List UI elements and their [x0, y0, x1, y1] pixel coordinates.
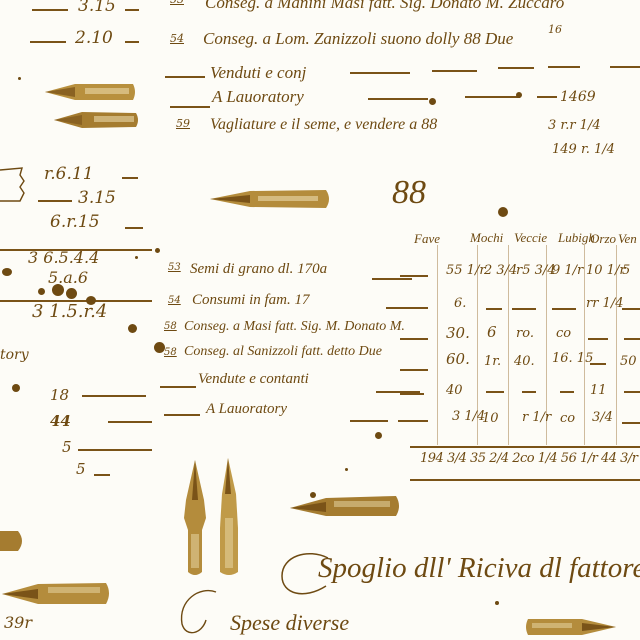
- pen-nib-icon: [0, 528, 26, 554]
- table-cell: r5 3/4: [516, 264, 556, 277]
- table-header: Mochi: [470, 231, 503, 244]
- left-number: 2.10: [75, 30, 113, 47]
- ink-blot: [12, 384, 20, 392]
- ink-dot: [135, 256, 138, 259]
- table-cell: co: [560, 412, 575, 425]
- table-cell: 40: [446, 384, 463, 397]
- amount: 3 r.r 1/4: [548, 119, 601, 132]
- left-word: tory: [0, 348, 29, 362]
- table-header: Fave: [414, 232, 440, 245]
- ledger-entry: Semi di grano dl. 170a: [190, 262, 327, 277]
- table-cell: 5: [622, 264, 630, 277]
- table-header: Orzo: [590, 232, 616, 245]
- rule: [624, 391, 640, 393]
- rule: [165, 76, 205, 78]
- table-cell: r 1/r: [522, 411, 551, 424]
- rule: [170, 106, 210, 108]
- table-total: 194 3/4 35 2/4 2co 1/4 56 1/r 44 3/r 55: [420, 452, 640, 465]
- table-cell: 6: [487, 325, 497, 340]
- ledger-entry: Conseg. a Manini Masi fatt. Sig. Donato …: [205, 0, 564, 11]
- left-number: 3 6.5.4.4: [28, 250, 99, 266]
- table-cell: 3/4: [592, 411, 613, 424]
- rule: [372, 278, 412, 280]
- ledger-entry: Venduti e conj: [210, 64, 306, 81]
- rule: [548, 66, 580, 68]
- rule: [610, 66, 640, 68]
- rule: [400, 275, 428, 277]
- ink-blot: [52, 284, 64, 296]
- rule: [410, 479, 640, 481]
- column-rule: [584, 245, 585, 445]
- table-cell: 10: [482, 412, 499, 425]
- rule: [400, 369, 428, 371]
- rule: [410, 446, 640, 448]
- amount: 16: [548, 24, 562, 35]
- rule: [552, 308, 576, 310]
- entry-number: 58: [164, 348, 177, 358]
- left-number: 5.a.6: [48, 270, 88, 286]
- left-number: 3.15: [78, 190, 116, 207]
- ink-blot: [66, 288, 77, 299]
- rule: [125, 9, 139, 11]
- pen-nib-icon: [54, 110, 140, 130]
- table-cell: 30.: [446, 326, 470, 341]
- rule: [560, 391, 574, 393]
- left-number: 6.r.15: [50, 214, 100, 231]
- table-cell: 16. 15: [552, 352, 593, 365]
- rule: [125, 41, 139, 43]
- pen-nib-icon: [214, 458, 244, 578]
- rule: [125, 227, 143, 229]
- table-header: Ven: [618, 232, 637, 245]
- table-cell: co: [556, 327, 571, 340]
- ink-blot: [155, 248, 160, 253]
- ink-blot: [2, 268, 12, 276]
- table-cell: 6.: [454, 297, 466, 310]
- entry-number: 58: [164, 322, 177, 332]
- table-cell: 2 3/4: [484, 264, 517, 277]
- left-number: 39r: [4, 615, 32, 631]
- rule: [350, 420, 388, 422]
- table-cell: rr 1/4: [586, 297, 623, 310]
- rule: [30, 41, 66, 43]
- pen-nib-icon: [524, 616, 616, 638]
- rule: [32, 9, 68, 11]
- rule: [588, 338, 608, 340]
- rule: [400, 393, 424, 395]
- pen-nib-icon: [2, 580, 112, 606]
- rule: [622, 422, 640, 424]
- entry-number: 54: [170, 33, 184, 44]
- ledger-entry: Conseg. al Sanizzoli fatt. detto Due: [184, 345, 382, 359]
- table-cell: 1r.: [484, 355, 501, 368]
- ledger-entry: Consumi in fam. 17: [192, 293, 310, 308]
- left-number: 3.15: [78, 0, 116, 15]
- ink-blot: [38, 288, 45, 295]
- rule: [38, 200, 72, 202]
- flourish-symbol: 88: [392, 176, 426, 210]
- table-cell: 60.: [446, 352, 470, 367]
- entry-number: 59: [176, 118, 190, 129]
- left-number: 5: [76, 462, 86, 477]
- table-cell: 3 1/4: [452, 410, 485, 423]
- rule: [400, 420, 428, 422]
- rule: [164, 414, 200, 416]
- left-number: 44: [50, 414, 71, 429]
- ink-dot: [495, 601, 499, 605]
- ledger-entry: A Lauoratory: [206, 402, 287, 417]
- rule: [94, 474, 110, 476]
- amount: 1469: [560, 90, 596, 104]
- left-number: 18: [50, 388, 69, 403]
- table-cell: 11: [590, 384, 607, 397]
- rule: [512, 308, 536, 310]
- pen-nib-icon: [290, 492, 402, 520]
- rule: [522, 391, 536, 393]
- flourish-icon: [172, 590, 222, 640]
- rule: [350, 72, 410, 74]
- rule: [160, 386, 196, 388]
- ledger-entry: A Lauoratory: [212, 88, 304, 105]
- pen-nib-icon: [180, 460, 210, 578]
- entry-number: 53: [168, 263, 181, 273]
- ink-blot: [498, 207, 508, 217]
- amount: 149 r. 1/4: [552, 143, 615, 156]
- left-number: 5: [62, 440, 72, 455]
- table-cell: 40.: [514, 355, 535, 368]
- left-number: r.6.11: [44, 166, 94, 183]
- rule: [400, 338, 428, 340]
- footer-subtitle: Spese diverse: [230, 612, 349, 634]
- rule: [122, 177, 138, 179]
- ink-blot: [86, 296, 96, 305]
- rule: [498, 67, 534, 69]
- ledger-entry: Conseg. a Masi fatt. Sig. M. Donato M.: [184, 320, 405, 334]
- ink-blot: [375, 432, 382, 439]
- ink-blot: [128, 324, 137, 333]
- table-cell: 50: [620, 355, 637, 368]
- rule: [537, 96, 557, 98]
- left-number: 3 1.5.r.4: [32, 303, 107, 321]
- rule: [486, 391, 504, 393]
- table-cell: 55 1/r: [446, 264, 486, 277]
- footer-title: Spoglio dll' Riciva dl fattore e p: [318, 554, 640, 583]
- manuscript-pattern: 3.15 2.10 r.6.11 3.15 6.r.15 3 6.5.4.4 5…: [0, 0, 640, 640]
- ledger-entry: Conseg. a Lom. Zanizzoli suono dolly 88 …: [203, 30, 513, 47]
- rule: [368, 98, 428, 100]
- table-header: Veccie: [514, 231, 547, 244]
- ink-dot: [345, 468, 348, 471]
- table-cell: 9 1/r: [552, 264, 583, 277]
- entry-number: 54: [168, 296, 181, 306]
- rule: [108, 421, 152, 423]
- rule: [486, 308, 502, 310]
- rule: [622, 308, 640, 310]
- rule: [624, 338, 640, 340]
- doodle-icon: [0, 165, 28, 205]
- rule: [78, 449, 152, 451]
- column-rule: [437, 245, 438, 445]
- ink-blot: [429, 98, 436, 105]
- rule: [432, 70, 477, 72]
- table-cell: 10 1/r: [586, 264, 626, 277]
- ledger-entry: Vagliature e il seme, e vendere a 88: [210, 117, 437, 133]
- ledger-entry: Vendute e contanti: [198, 372, 309, 387]
- entry-number: 53: [170, 0, 184, 5]
- rule: [82, 395, 146, 397]
- pen-nib-icon: [210, 188, 332, 210]
- pen-nib-icon: [45, 82, 137, 102]
- ink-blot: [516, 92, 522, 98]
- ink-dot: [18, 77, 21, 80]
- rule: [400, 307, 428, 309]
- table-cell: ro.: [516, 327, 534, 340]
- rule: [590, 363, 606, 365]
- rule: [465, 96, 520, 98]
